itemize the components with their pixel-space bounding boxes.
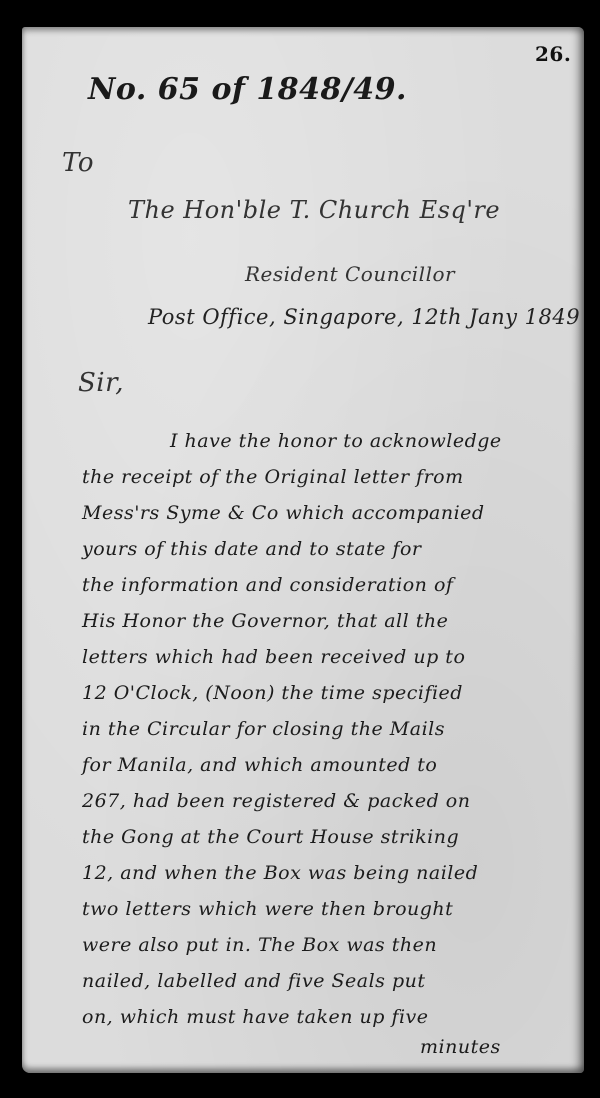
body-line: Mess'rs Syme & Co which accompanied — [82, 502, 485, 524]
document-reference: No. 65 of 1848/49. — [88, 72, 407, 107]
salutation: Sir, — [78, 368, 124, 398]
body-line: 12 O'Clock, (Noon) the time specified — [82, 682, 463, 704]
body-line: the information and consideration of — [82, 574, 453, 596]
body-line: the Gong at the Court House striking — [82, 826, 459, 848]
body-line: the receipt of the Original letter from — [82, 466, 464, 488]
body-line: were also put in. The Box was then — [82, 934, 437, 956]
body-line: yours of this date and to state for — [82, 538, 422, 560]
body-line: 12, and when the Box was being nailed — [82, 862, 478, 884]
body-line: on, which must have taken up five — [82, 1006, 429, 1028]
body-line: two letters which were then brought — [82, 898, 453, 920]
body-line: I have the honor to acknowledge — [170, 430, 502, 452]
folio-number: 26. — [535, 42, 571, 66]
addressee-name: The Hon'ble T. Church Esq're — [128, 196, 500, 224]
body-line: nailed, labelled and five Seals put — [82, 970, 426, 992]
body-line: letters which had been received up to — [82, 646, 465, 668]
catchword: minutes — [420, 1036, 501, 1058]
address-prefix: To — [62, 148, 94, 178]
body-line: His Honor the Governor, that all the — [82, 610, 448, 632]
body-line: in the Circular for closing the Mails — [82, 718, 445, 740]
body-line: 267, had been registered & packed on — [82, 790, 470, 812]
body-line: for Manila, and which amounted to — [82, 754, 437, 776]
addressee-title: Resident Councillor — [245, 262, 455, 286]
dateline: Post Office, Singapore, 12th Jany 1849 — [148, 305, 580, 329]
